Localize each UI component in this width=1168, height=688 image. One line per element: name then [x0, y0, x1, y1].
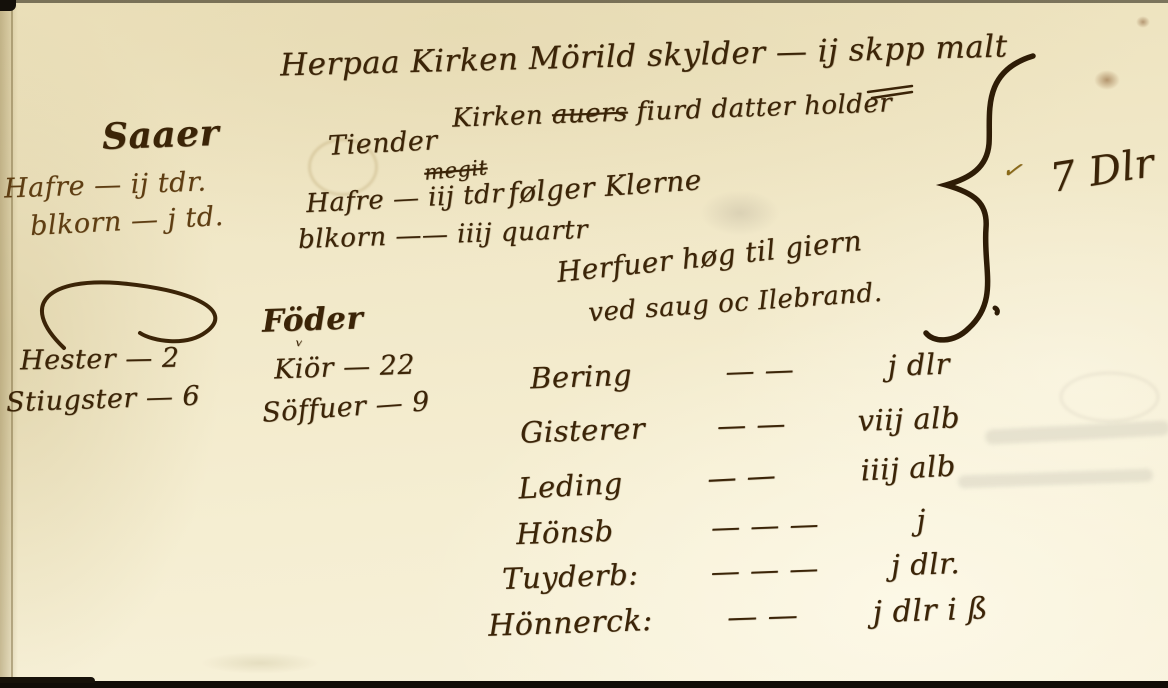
foder-amount: 9 [411, 386, 431, 418]
foder-amount: 22 [379, 350, 415, 382]
binding-edge [0, 0, 18, 688]
dues-row-honnerck: Hönnerck: — — j dlr i ß [488, 591, 989, 643]
hester-flourish-loop [42, 282, 215, 348]
dues-row-bering: Bering — — j dlr [530, 347, 951, 396]
dues-row-honsb: Hönsb — — — j [516, 503, 927, 551]
dues-amount: j dlr [887, 347, 951, 383]
bleed-through-line2 [958, 469, 1153, 489]
foder-label: Kiör [274, 352, 335, 385]
dash: — — — [710, 507, 819, 545]
dash: — — — [710, 551, 819, 589]
bottom-black-strip [0, 681, 1168, 688]
saaer-row-amount: ij tdr. [130, 166, 207, 200]
dash: — [374, 388, 404, 421]
dues-label: Hönnerck: [488, 603, 654, 644]
dues-row-leding: Leding — — iiij alb [517, 449, 956, 506]
dues-label: Tuyderb: [502, 557, 639, 596]
dash: — — [706, 458, 776, 496]
saaer-row-blkorn: blkorn — j td. [29, 201, 224, 242]
dash: — [145, 382, 174, 414]
header-line2: Kirken auers fiurd datter holder [452, 88, 893, 133]
header-line2-struck-word: auers [551, 98, 628, 131]
tiender-heading: Tiender [327, 125, 438, 162]
tiender-row-amount: iiij quartr [457, 215, 589, 250]
note-line2: ved saug oc Ilebrand. [587, 278, 883, 328]
dues-amount: iiij alb [860, 449, 957, 488]
saaer-row-hafre: Hafre — ij tdr. [4, 166, 207, 204]
manuscript-page: Herpaa Kirken Mörild skylder — ij skpp m… [0, 0, 1168, 688]
header-line2-post: fiurd datter holder [627, 88, 892, 127]
dash: — — [716, 406, 786, 442]
dues-row-tuyderb: Tuyderb: — — — j dlr. [502, 546, 961, 596]
saaer-heading: Saaer [101, 112, 219, 158]
saaer-row-label: Hafre [4, 171, 86, 205]
dash: — — [725, 352, 795, 388]
dues-label: Gisterer [520, 411, 646, 449]
dues-amount: viij alb [857, 400, 960, 438]
dues-amount: j [916, 503, 927, 537]
dash: — — [727, 598, 799, 635]
dash: — [343, 351, 372, 383]
header-line2-pre: Kirken [452, 100, 553, 133]
bleed-through-loop [1060, 372, 1159, 422]
dues-amount: j dlr. [890, 546, 960, 582]
grey-smudge [700, 190, 780, 236]
bottom-smudge [200, 652, 320, 674]
dash: —— [395, 220, 449, 252]
livestock-row-hester: Hester — 2 [20, 343, 180, 377]
top-left-black-sliver [0, 0, 16, 11]
bottom-left-black-bump [0, 677, 95, 683]
saaer-row-label: blkorn [29, 206, 122, 242]
brace-bottom-dot [995, 308, 997, 313]
note-line1: Herfuer høg til giern [555, 224, 864, 289]
binding-crease [11, 0, 13, 688]
dues-label: Leding [517, 466, 623, 505]
dues-label: Hönsb [516, 514, 615, 551]
livestock-label: Stiugster [6, 383, 138, 419]
saaer-row-amount: j td. [167, 201, 225, 235]
foder-label: Söffuer [261, 391, 367, 429]
dues-amount: j dlr i ß [872, 591, 988, 630]
livestock-row-stiugster: Stiugster — 6 [6, 381, 201, 419]
foder-row-soffuer: Söffuer — 9 [261, 386, 431, 429]
livestock-amount: 6 [182, 381, 201, 413]
foder-row-kior: Kiör — 22 [274, 350, 416, 386]
fox-spot [1094, 70, 1120, 90]
fox-spot-small [1136, 16, 1150, 28]
tiender-row-blkorn: blkorn —— iiij quartr [298, 215, 589, 255]
top-edge-shadow [0, 0, 1168, 3]
tiender-row-amount: iij tdr [427, 179, 504, 213]
livestock-amount: 2 [162, 343, 180, 374]
header-line3: følger Klerne [507, 163, 703, 209]
header-line1: Herpaa Kirken Mörild skylder — ij skpp m… [280, 28, 1008, 83]
dash: — [392, 183, 420, 214]
bleed-through-line1 [985, 420, 1168, 445]
tiender-row-hafre: Hafre — iij tdr [305, 179, 504, 219]
curly-brace [926, 56, 1033, 340]
check-mark: ✓ [1000, 155, 1024, 186]
tiender-row-label: Hafre [305, 185, 385, 219]
total-amount: 7 Dlr [1047, 140, 1158, 202]
dash: — [94, 169, 123, 201]
dash: — [130, 204, 159, 236]
dues-label: Bering [530, 358, 633, 396]
foder-heading: Föder [261, 300, 363, 340]
livestock-label: Hester [20, 344, 117, 377]
dues-row-gisterer: Gisterer — — viij alb [520, 400, 961, 449]
tiender-row-label: blkorn [298, 222, 388, 255]
dash: — [125, 343, 153, 374]
